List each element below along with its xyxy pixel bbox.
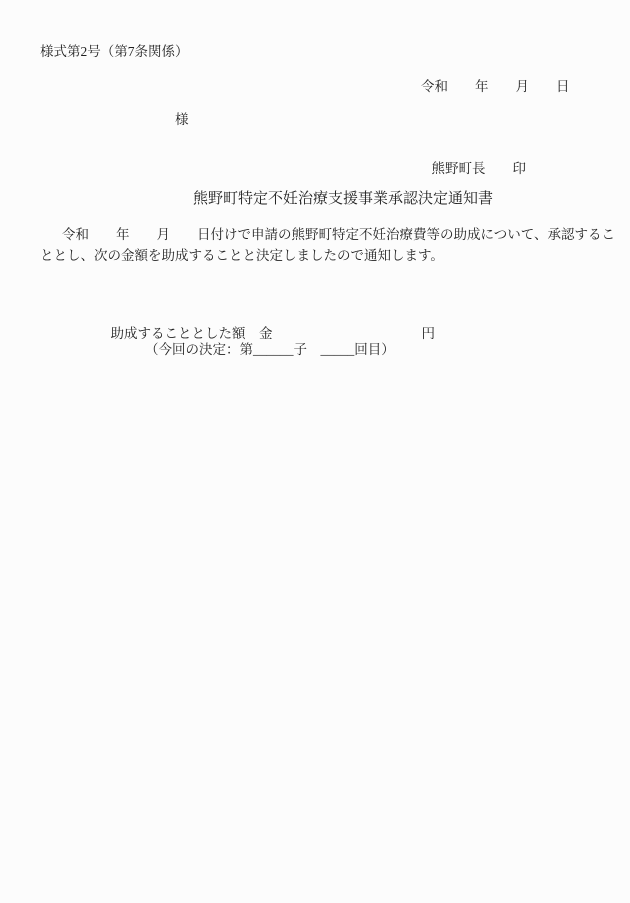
- issuer-name: 熊野町長: [432, 161, 486, 176]
- addressee-honorific: 様: [175, 112, 189, 129]
- seal-placeholder: 印: [513, 161, 527, 176]
- date-line: 令和 年 月 日: [421, 79, 570, 96]
- form-number: 様式第2号（第7条関係）: [40, 44, 189, 61]
- document-page: 様式第2号（第7条関係） 令和 年 月 日 様 熊野町長印 熊野町特定不妊治療支…: [0, 0, 630, 903]
- body-line-1: 令和 年 月 日付けで申請の熊野町特定不妊治療費等の助成について、承認するこ: [40, 225, 620, 246]
- document-title: 熊野町特定不妊治療支援事業承認決定通知書: [193, 190, 493, 209]
- body-paragraph: 令和 年 月 日付けで申請の熊野町特定不妊治療費等の助成について、承認するこ と…: [40, 225, 620, 266]
- grant-amount-label: 助成することとした額 金: [111, 326, 273, 341]
- issuer-line: 熊野町長印: [418, 144, 526, 195]
- grant-amount-unit: 円: [422, 326, 436, 341]
- body-line-2: ととし、次の金額を助成することと決定しましたので通知します。: [40, 246, 620, 267]
- decision-note: （今回の決定：第______子 _____回目）: [145, 342, 395, 359]
